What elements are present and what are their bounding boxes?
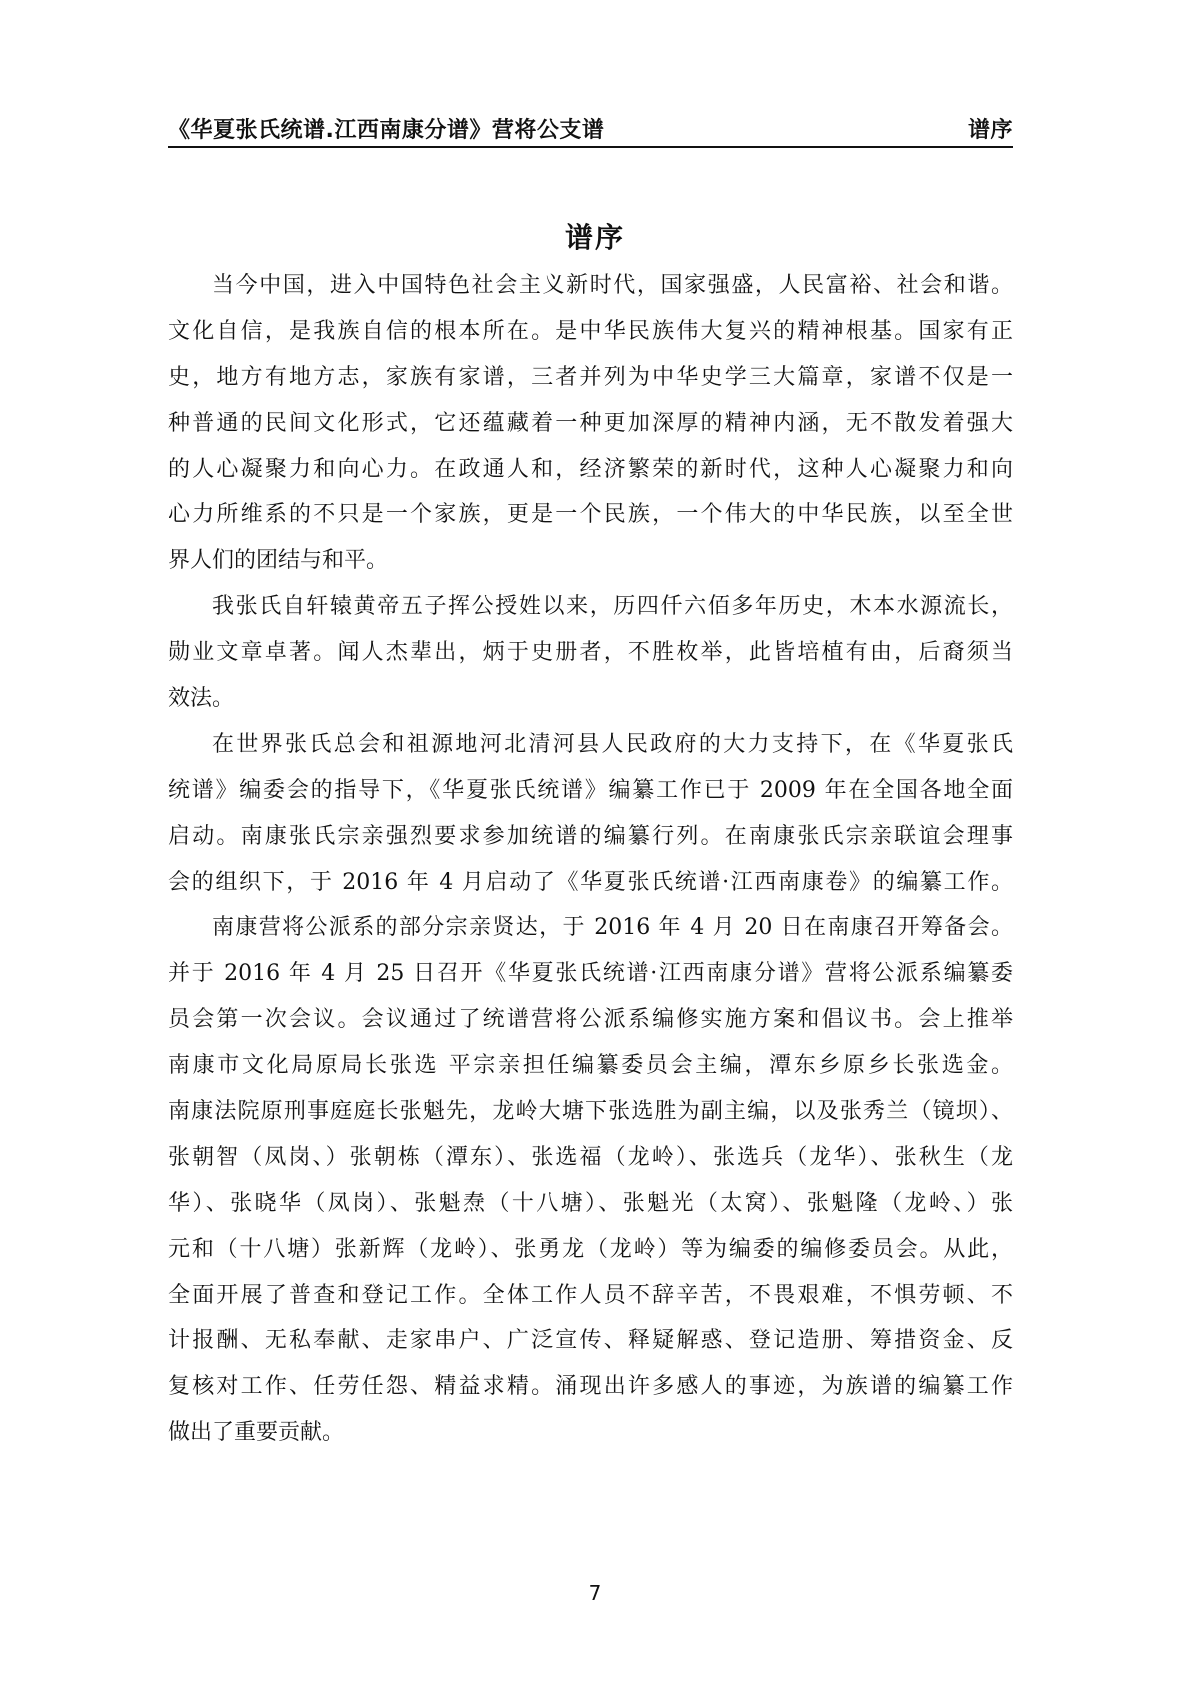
header-section-name: 谱序 (968, 120, 1013, 142)
paragraph-4-line: 南康法院原刑事庭庭长张魁先，龙岭大塘下张选胜为副主编，以及张秀兰（镜坝）、 (168, 1097, 1013, 1143)
paragraph-4-line: 计报酬、无私奉献、走家串户、广泛宣传、释疑解惑、登记造册、筹措资金、反 (168, 1326, 1013, 1372)
header-book-title: 《华夏张氏统谱.江西南康分谱》营将公支谱 (168, 120, 604, 142)
paragraph-4-line: 并于 2016 年 4 月 25 日召开《华夏张氏统谱·江西南康分谱》营将公派系… (168, 959, 1013, 1005)
paragraph-1-line: 的人心凝聚力和向心力。在政通人和，经济繁荣的新时代，这种人心凝聚力和向 (168, 455, 1013, 501)
paragraph-4-line: 南康营将公派系的部分宗亲贤达，于 2016 年 4 月 20 日在南康召开筹备会… (168, 913, 1013, 959)
body-text: 当今中国，进入中国特色社会主义新时代，国家强盛，人民富裕、社会和谐。 文化自信，… (168, 271, 1013, 1464)
paragraph-1-line: 心力所维系的不只是一个家族，更是一个民族，一个伟大的中华民族，以至全世 (168, 500, 1013, 546)
paragraph-4-line: 张朝智（凤岗、）张朝栋（潭东）、张选福（龙岭）、张选兵（龙华）、张秋生（龙 (168, 1143, 1013, 1189)
paragraph-2-line: 勋业文章卓著。闻人杰辈出，炳于史册者，不胜枚举，此皆培植有由，后裔须当 (168, 638, 1013, 684)
page-title: 谱序 (0, 224, 1190, 252)
paragraph-3-line: 在世界张氏总会和祖源地河北清河县人民政府的大力支持下，在《华夏张氏 (168, 730, 1013, 776)
paragraph-1-line: 种普通的民间文化形式，它还蕴藏着一种更加深厚的精神内涵，无不散发着强大 (168, 409, 1013, 455)
paragraph-4-line: 元和（十八塘）张新辉（龙岭）、张勇龙（龙岭）等为编委的编修委员会。从此， (168, 1235, 1013, 1281)
paragraph-4-line: 员会第一次会议。会议通过了统谱营将公派系编修实施方案和倡议书。会上推举 (168, 1005, 1013, 1051)
paragraph-3-line: 会的组织下，于 2016 年 4 月启动了《华夏张氏统谱·江西南康卷》的编纂工作… (168, 868, 1013, 914)
paragraph-2-line: 效法。 (168, 684, 1013, 730)
paragraph-4-line: 南康市文化局原局长张选 平宗亲担任编纂委员会主编，潭东乡原乡长张选金。 (168, 1051, 1013, 1097)
paragraph-3-line: 启动。南康张氏宗亲强烈要求参加统谱的编纂行列。在南康张氏宗亲联谊会理事 (168, 822, 1013, 868)
running-header: 《华夏张氏统谱.江西南康分谱》营将公支谱 谱序 (168, 108, 1013, 148)
paragraph-3-line: 统谱》编委会的指导下，《华夏张氏统谱》编纂工作已于 2009 年在全国各地全面 (168, 776, 1013, 822)
paragraph-1-line: 文化自信，是我族自信的根本所在。是中华民族伟大复兴的精神根基。国家有正 (168, 317, 1013, 363)
page-number: 7 (0, 1583, 1190, 1603)
paragraph-1-line: 史，地方有地方志，家族有家谱，三者并列为中华史学三大篇章，家谱不仅是一 (168, 363, 1013, 409)
paragraph-2-line: 我张氏自轩辕黄帝五子挥公授姓以来，历四仟六佰多年历史，木本水源流长， (168, 592, 1013, 638)
paragraph-4-line: 复核对工作、任劳任怨、精益求精。涌现出许多感人的事迹，为族谱的编纂工作 (168, 1372, 1013, 1418)
paragraph-1-line: 界人们的团结与和平。 (168, 546, 1013, 592)
paragraph-4-line: 华）、张晓华（凤岗）、张魁焘（十八塘）、张魁光（太窝）、张魁隆（龙岭、）张 (168, 1189, 1013, 1235)
paragraph-1-line: 当今中国，进入中国特色社会主义新时代，国家强盛，人民富裕、社会和谐。 (168, 271, 1013, 317)
paragraph-4-line: 做出了重要贡献。 (168, 1418, 1013, 1464)
paragraph-4-line: 全面开展了普查和登记工作。全体工作人员不辞辛苦，不畏艰难，不惧劳顿、不 (168, 1281, 1013, 1327)
